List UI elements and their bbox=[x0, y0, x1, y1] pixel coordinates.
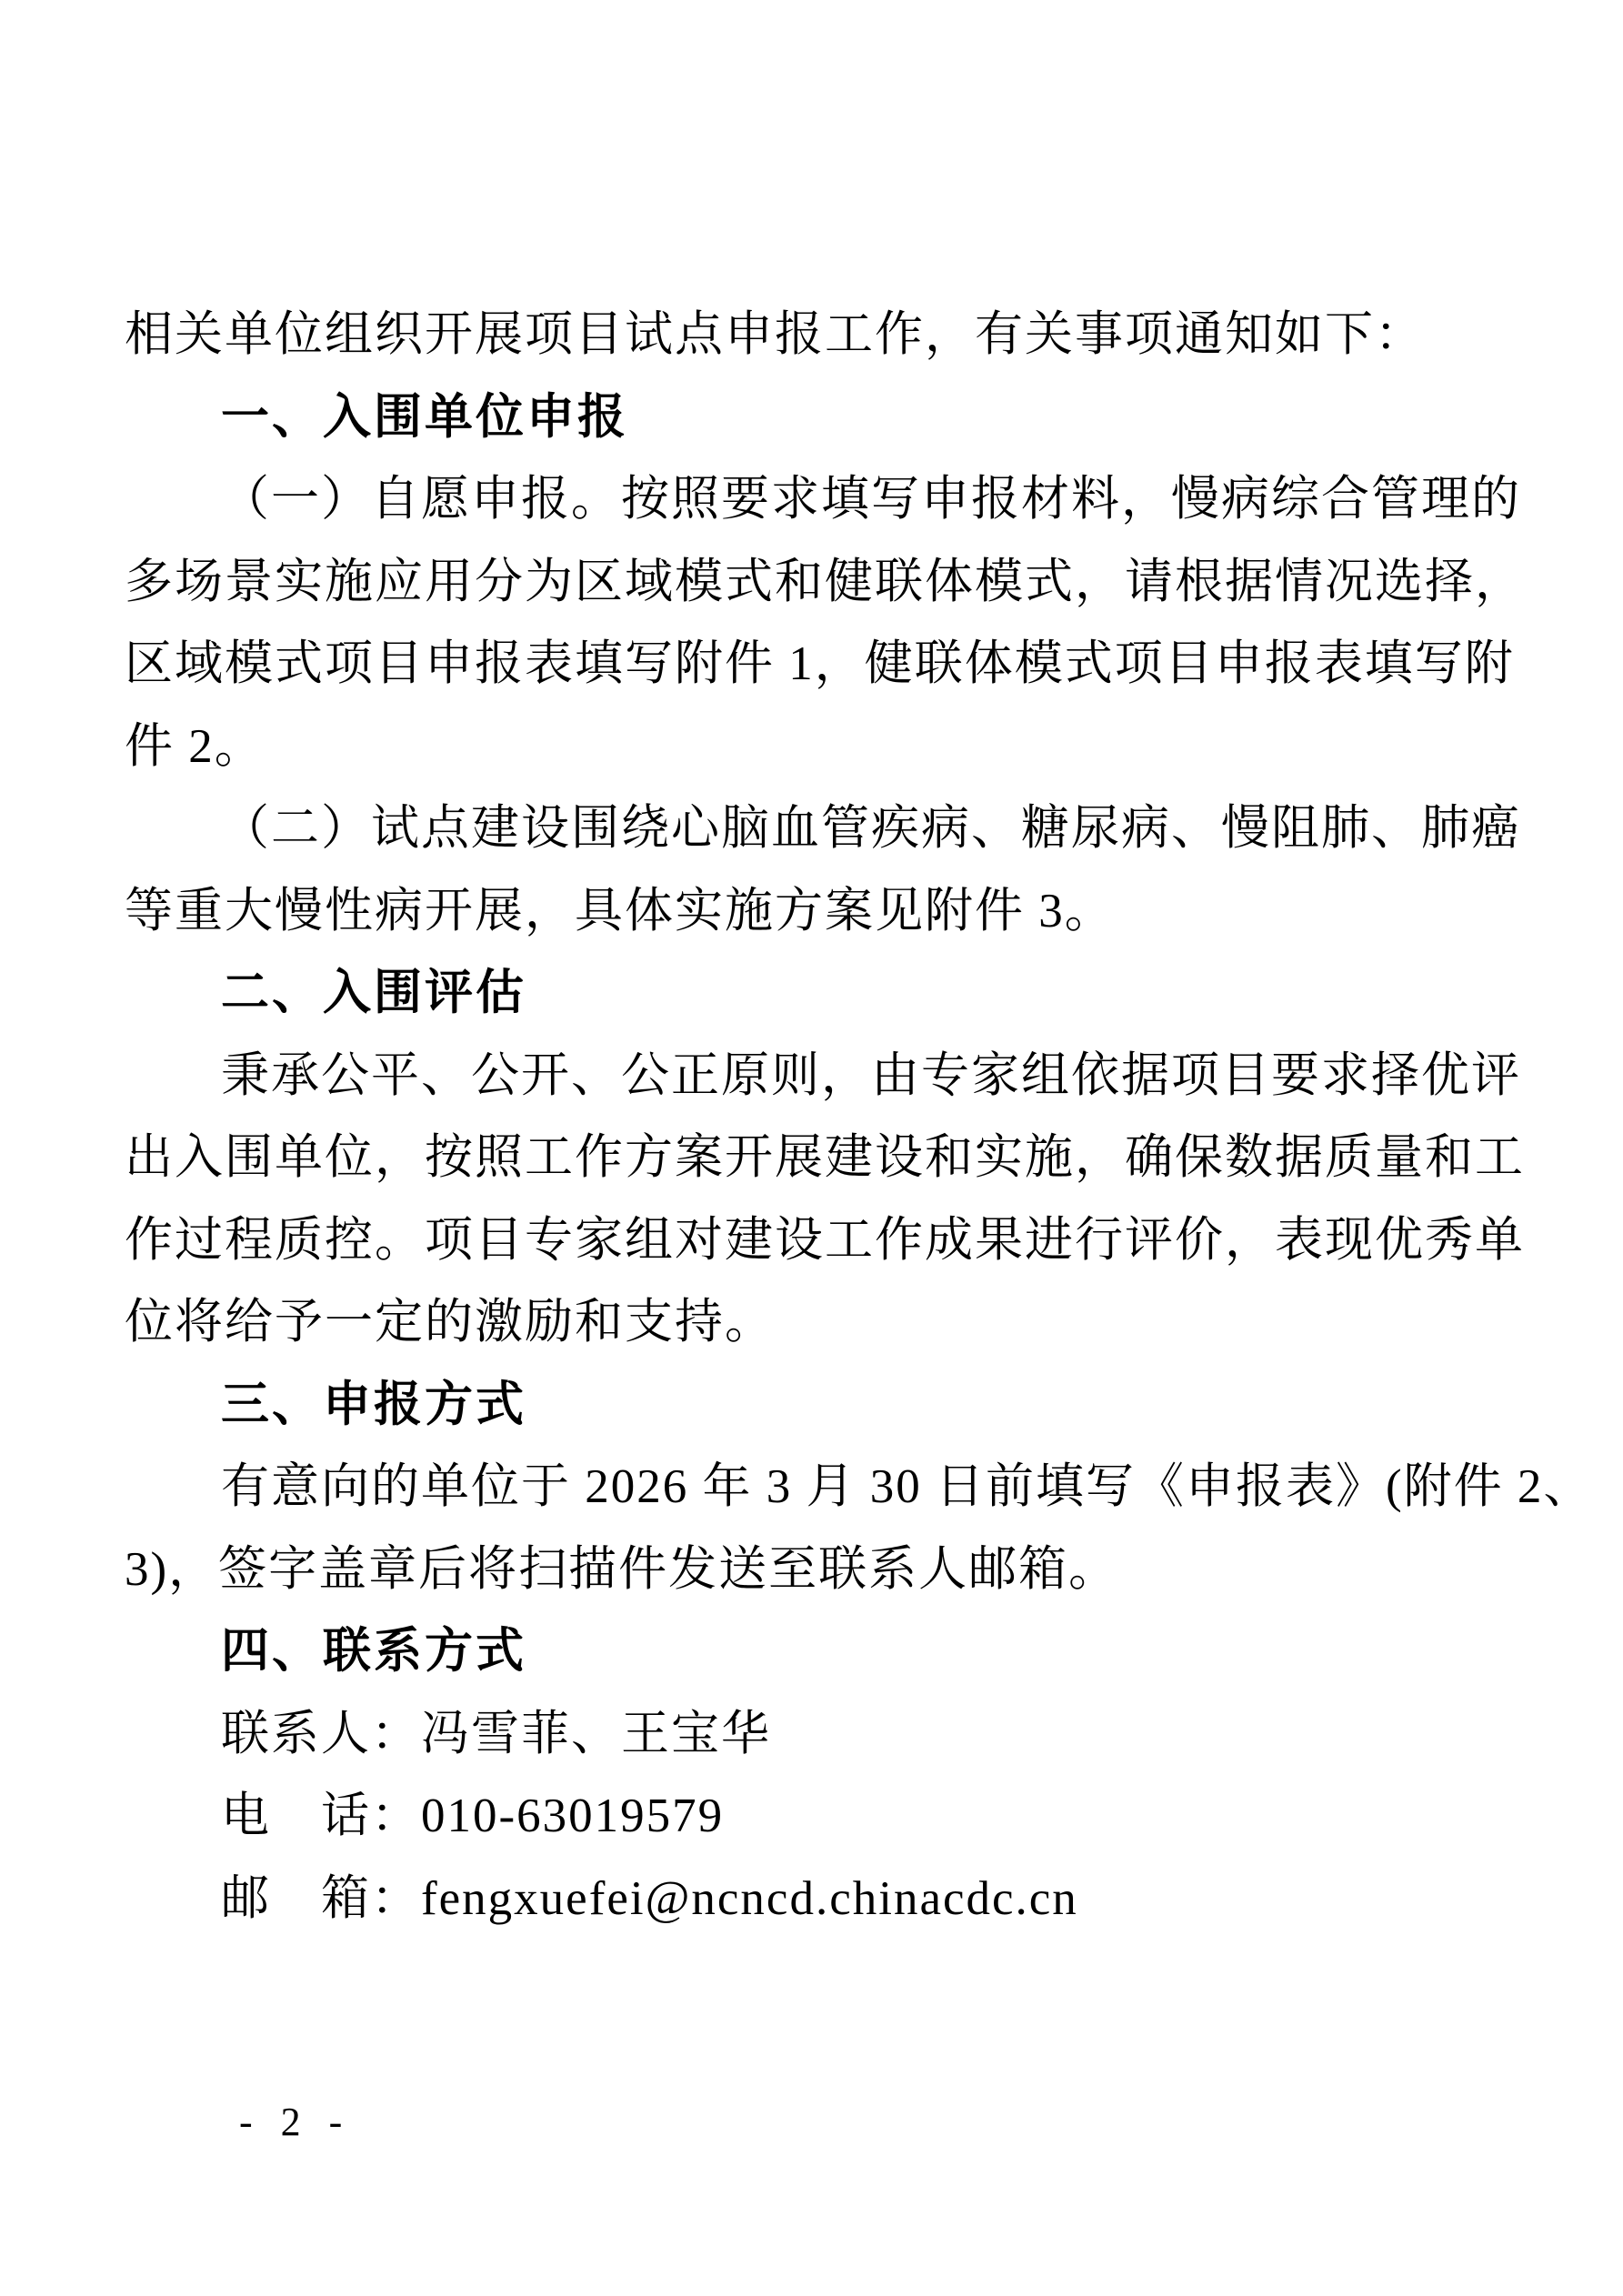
text-line: （一）自愿申报。按照要求填写申报材料，慢病综合管理的 bbox=[125, 458, 1502, 541]
text-line: 联系人：冯雪菲、王宝华 bbox=[125, 1693, 1502, 1776]
text-line: 相关单位组织开展项目试点申报工作，有关事项通知如下： bbox=[125, 294, 1502, 376]
text-line: 邮 箱：fengxuefei@ncncd.chinacdc.cn bbox=[125, 1858, 1502, 1940]
section-heading: 二、入围评估 bbox=[125, 952, 1502, 1035]
text-line: 等重大慢性病开展，具体实施方案见附件 3。 bbox=[125, 870, 1502, 953]
page-number: - 2 - bbox=[239, 2099, 351, 2145]
text-line: 区域模式项目申报表填写附件 1，健联体模式项目申报表填写附 bbox=[125, 623, 1502, 706]
text-line: 秉承公平、公开、公正原则，由专家组依据项目要求择优评 bbox=[125, 1035, 1502, 1118]
text-line: （二）试点建设围绕心脑血管疾病、糖尿病、慢阻肺、肺癌 bbox=[125, 787, 1502, 870]
section-heading: 四、联系方式 bbox=[125, 1610, 1502, 1693]
text-line: 多场景实施应用分为区域模式和健联体模式，请根据情况选择， bbox=[125, 541, 1502, 624]
text-line: 有意向的单位于 2026 年 3 月 30 日前填写《申报表》(附件 2、 bbox=[125, 1446, 1502, 1529]
text-line: 位将给予一定的激励和支持。 bbox=[125, 1281, 1502, 1364]
text-line: 件 2。 bbox=[125, 706, 1502, 788]
text-line: 出入围单位，按照工作方案开展建设和实施，确保数据质量和工 bbox=[125, 1117, 1502, 1199]
text-line: 3)，签字盖章后将扫描件发送至联系人邮箱。 bbox=[125, 1529, 1502, 1611]
document-body: 相关单位组织开展项目试点申报工作，有关事项通知如下：一、入围单位申报（一）自愿申… bbox=[125, 294, 1502, 1940]
section-heading: 三、申报方式 bbox=[125, 1364, 1502, 1447]
section-heading: 一、入围单位申报 bbox=[125, 376, 1502, 459]
document-page: 相关单位组织开展项目试点申报工作，有关事项通知如下：一、入围单位申报（一）自愿申… bbox=[0, 0, 1623, 2296]
text-line: 电 话：010-63019579 bbox=[125, 1775, 1502, 1858]
text-line: 作过程质控。项目专家组对建设工作成果进行评价，表现优秀单 bbox=[125, 1199, 1502, 1282]
